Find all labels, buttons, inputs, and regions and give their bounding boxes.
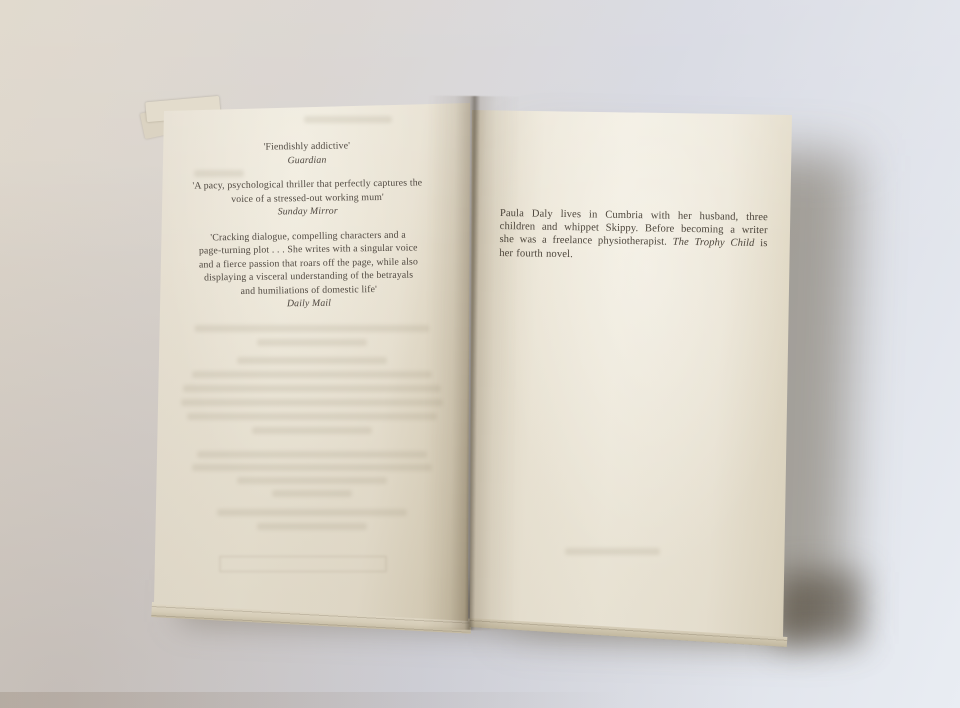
quote-source: Guardian [171, 152, 443, 169]
quote-source: Daily Mail [173, 295, 445, 312]
bio-text: is [754, 238, 767, 249]
show-through-line [217, 509, 407, 516]
show-through-line [195, 325, 430, 332]
author-bio: Paula Daly lives in Cumbria with her hus… [499, 207, 768, 264]
quote-block-sunday-mirror: 'A pacy, psychological thriller that per… [171, 176, 444, 220]
quote-block-guardian: 'Fiendishly addictive' Guardian [171, 138, 443, 169]
show-through-line [252, 427, 372, 434]
show-through-line [257, 339, 367, 346]
quote-source: Sunday Mirror [172, 203, 444, 220]
book-shadow-corner [778, 572, 862, 644]
bio-text: she was a freelance physiotherapist. [499, 234, 672, 248]
show-through-line [565, 548, 660, 555]
show-through-line [181, 399, 443, 406]
show-through-line [237, 357, 387, 364]
spine-gutter-crease [422, 96, 520, 631]
show-through-line [183, 385, 441, 392]
show-through-line [192, 371, 432, 378]
quote-block-daily-mail: 'Cracking dialogue, compelling character… [172, 228, 445, 313]
surface-bottom-band [0, 692, 960, 708]
show-through-line [272, 490, 352, 497]
book-title: The Trophy Child [673, 237, 755, 249]
show-through-line [197, 451, 427, 458]
show-through-line [187, 413, 437, 420]
show-through-line [192, 464, 432, 471]
show-through-line [257, 523, 367, 530]
review-quotes: 'Fiendishly addictive' Guardian 'A pacy,… [171, 138, 446, 323]
show-through-line [237, 477, 387, 484]
show-through-box [220, 556, 387, 572]
show-through-line [304, 116, 392, 123]
